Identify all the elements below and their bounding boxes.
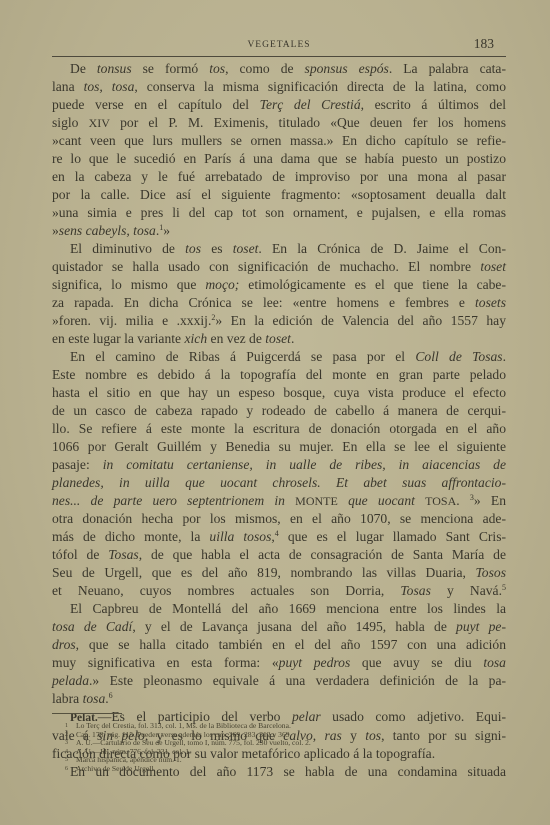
text-line: otra donación hecha por los mismos, en e…: [52, 510, 506, 528]
italic-run: sens cabeyls, tosa: [59, 223, 156, 238]
footnote-rule: [52, 713, 122, 714]
italic-run: tos, tosa: [84, 79, 135, 94]
text-line: quistador se halla usado con significaci…: [52, 258, 506, 276]
italic-run: tosets: [475, 295, 506, 310]
italic-run: Tosos: [476, 565, 507, 580]
italic-run: tos: [185, 241, 201, 256]
text-line: significa, lo mismo que moço; etimológic…: [52, 276, 506, 294]
text-line: más de dicho monte, la uilla tosos,4 que…: [52, 528, 506, 546]
italic-run: puyt pedros: [279, 655, 351, 670]
small-caps-run: MONTE: [295, 494, 338, 508]
italic-run: sponsus espós: [305, 61, 389, 76]
text-line: El Capbreu de Montellá del año 1669 menc…: [52, 600, 506, 618]
text-line: siglo XIV por el P. M. Eximenis, titulad…: [52, 114, 506, 132]
italic-run: nes... de parte uero septentrionem in: [52, 493, 295, 508]
text-line: hasta el sitio en que hay un espeso bosq…: [52, 384, 506, 402]
footnote-number: 1: [52, 722, 76, 731]
footnote-ref: 3: [470, 493, 474, 502]
footnote-number: 5: [52, 756, 76, 765]
header-rule: [52, 56, 506, 57]
text-line: tosa de Cadí, y el de Lavança jusana del…: [52, 618, 506, 636]
text-line: En el camino de Ribas á Puigcerdá se pas…: [52, 348, 506, 366]
italic-run: puyt pe-: [456, 619, 506, 634]
italic-run: pelada: [52, 673, 89, 688]
running-head: VEGETALES 183: [52, 36, 506, 54]
text-line: Este nombre es debido á la topografía de…: [52, 366, 506, 384]
footnote: 6Archivo de Seu de Urgell.: [52, 765, 506, 774]
footnote-ref: 5: [502, 583, 506, 592]
text-line: De tonsus se formó tos, como de sponsus …: [52, 60, 506, 78]
italic-run: que uocant: [338, 493, 425, 508]
footnote-number: 3: [52, 739, 76, 748]
text-line: llo. Se refiere á este monte la escritur…: [52, 420, 506, 438]
footnote-number: 2: [52, 731, 76, 740]
italic-run: Tosas: [108, 547, 139, 562]
small-caps-run: XIV: [89, 116, 110, 130]
text-line: tófol de Tosas, de que habla el acta de …: [52, 546, 506, 564]
footnote-number: 4: [52, 748, 76, 757]
small-caps-run: TOSA: [425, 494, 456, 508]
text-line: Seu de Urgell, que es del año 819, nombr…: [52, 564, 506, 582]
footnote-ref: 4: [275, 529, 279, 538]
footnote-ref: 1: [159, 223, 163, 232]
running-title: VEGETALES: [52, 40, 506, 50]
text-line: de un casco de cabeza rapado y rodeado d…: [52, 402, 506, 420]
italic-run: tos: [209, 61, 225, 76]
italic-run: tonsus: [97, 61, 132, 76]
italic-run: dros: [52, 637, 76, 652]
italic-run: moço;: [205, 277, 239, 292]
italic-run: Terç del Crestiá: [260, 97, 361, 112]
text-line: muy significativa en esta forma: «puyt p…: [52, 654, 506, 672]
text-line: »cant veen que lurs mullers se ornen mas…: [52, 132, 506, 150]
text-line: et Neuano, cuyos nombres actuales son Do…: [52, 582, 506, 600]
italic-run: toset: [265, 331, 291, 346]
text-line: nes... de parte uero septentrionem in MO…: [52, 492, 506, 510]
text-line: pelada.» Este pleonasmo equivale á una v…: [52, 672, 506, 690]
italic-run: tosa: [83, 691, 106, 706]
text-line: »sens cabeyls, tosa.1»: [52, 222, 506, 240]
body-text: De tonsus se formó tos, como de sponsus …: [52, 60, 506, 781]
italic-run: planedes, in uilla que uocant chrosels. …: [52, 475, 506, 490]
text-line: 1066 por Geralt Guillém y Benedia su muj…: [52, 438, 506, 456]
footnotes: 1Lo Terç del Crestia, fol. 313, col. 1, …: [52, 722, 506, 774]
italic-run: toset: [480, 259, 506, 274]
italic-run: toset: [233, 241, 259, 256]
text-line: labra tosa.6: [52, 690, 506, 708]
text-line: re lo que le sucedió en París á una dama…: [52, 150, 506, 168]
italic-run: in comitatu certaniense, in ualle de rib…: [103, 457, 506, 472]
text-line: planedes, in uilla que uocant chrosels. …: [52, 474, 506, 492]
text-line: puede verse en el capítulo del Terç del …: [52, 96, 506, 114]
text-line: »una simia e pres li del cap tot son orn…: [52, 204, 506, 222]
italic-run: tosa de Cadí: [52, 619, 132, 634]
text-line: dros, que se halla citado también en el …: [52, 636, 506, 654]
footnote-ref: 2: [211, 313, 215, 322]
italic-run: Tosas: [400, 583, 431, 598]
footnote-text: Archivo de Seu de Urgell.: [76, 764, 155, 773]
footnote-ref: 6: [109, 691, 113, 700]
footnote-number: 6: [52, 765, 76, 774]
text-line: lana tos, tosa, conserva la misma signif…: [52, 78, 506, 96]
italic-run: xich: [184, 331, 207, 346]
text-line: en este lugar la variante xich en vez de…: [52, 330, 506, 348]
text-line: por la calle. Dice así el siguiente frag…: [52, 186, 506, 204]
text-line: El diminutivo de tos es toset. En la Cró…: [52, 240, 506, 258]
italic-run: tosa: [483, 655, 506, 670]
text-line: za rapada. En dicha Crónica se lee: «ent…: [52, 294, 506, 312]
page-number: 183: [474, 36, 494, 52]
text-line: »foren. vij. milia e .xxxij.2» En la edi…: [52, 312, 506, 330]
italic-run: uilla tosos: [209, 529, 271, 544]
text-line: pasaje: in comitatu certaniense, in uall…: [52, 456, 506, 474]
text-line: en la cabeza y le fué arrebatado de impr…: [52, 168, 506, 186]
italic-run: Coll de Tosas: [415, 349, 502, 364]
